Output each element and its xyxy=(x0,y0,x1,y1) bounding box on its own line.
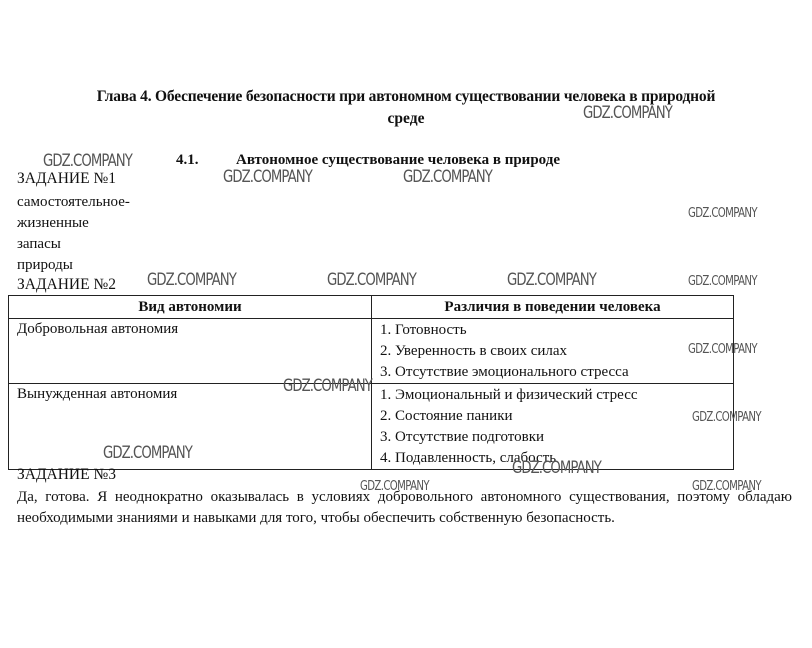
watermark: GDZ.COMPANY xyxy=(147,270,236,290)
column-header-kind: Вид автономии xyxy=(9,296,372,319)
task3-label: ЗАДАНИЕ №3 xyxy=(17,466,116,484)
watermark: GDZ.COMPANY xyxy=(512,458,601,478)
task1-label: ЗАДАНИЕ №1 xyxy=(17,170,116,188)
section-number: 4.1. xyxy=(176,152,199,169)
cell-differences: 1. Эмоциональный и физический стресс 2. … xyxy=(372,384,734,470)
chapter-title: Глава 4. Обеспечение безопасности при ав… xyxy=(0,88,812,106)
watermark: GDZ.COMPANY xyxy=(360,479,429,494)
task1-line: природы xyxy=(17,257,73,274)
difference-item: 3. Отсутствие эмоционального стресса xyxy=(380,362,725,383)
watermark: GDZ.COMPANY xyxy=(688,206,757,221)
watermark: GDZ.COMPANY xyxy=(688,274,757,289)
difference-item: 1. Эмоциональный и физический стресс xyxy=(380,385,725,406)
chapter-title-continuation: среде xyxy=(0,110,812,128)
watermark: GDZ.COMPANY xyxy=(507,270,596,290)
watermark: GDZ.COMPANY xyxy=(688,342,757,357)
difference-item: 2. Уверенность в своих силах xyxy=(380,341,725,362)
watermark: GDZ.COMPANY xyxy=(327,270,416,290)
column-header-differences: Различия в поведении человека xyxy=(372,296,734,319)
difference-item: 1. Готовность xyxy=(380,320,725,341)
watermark: GDZ.COMPANY xyxy=(583,103,672,123)
task1-line: запасы xyxy=(17,236,61,253)
cell-kind: Добровольная автономия xyxy=(9,319,372,384)
watermark: GDZ.COMPANY xyxy=(692,410,761,425)
task2-label: ЗАДАНИЕ №2 xyxy=(17,276,116,294)
difference-item: 2. Состояние паники xyxy=(380,406,725,427)
watermark: GDZ.COMPANY xyxy=(103,443,192,463)
cell-differences: 1. Готовность 2. Уверенность в своих сил… xyxy=(372,319,734,384)
table-row: Добровольная автономия 1. Готовность 2. … xyxy=(9,319,734,384)
task1-line: самостоятельное- xyxy=(17,194,130,211)
task1-line: жизненные xyxy=(17,215,89,232)
watermark: GDZ.COMPANY xyxy=(283,376,372,396)
watermark: GDZ.COMPANY xyxy=(43,151,132,171)
table-header-row: Вид автономии Различия в поведении челов… xyxy=(9,296,734,319)
difference-item: 3. Отсутствие подготовки xyxy=(380,427,725,448)
watermark: GDZ.COMPANY xyxy=(403,167,492,187)
watermark: GDZ.COMPANY xyxy=(692,479,761,494)
watermark: GDZ.COMPANY xyxy=(223,167,312,187)
